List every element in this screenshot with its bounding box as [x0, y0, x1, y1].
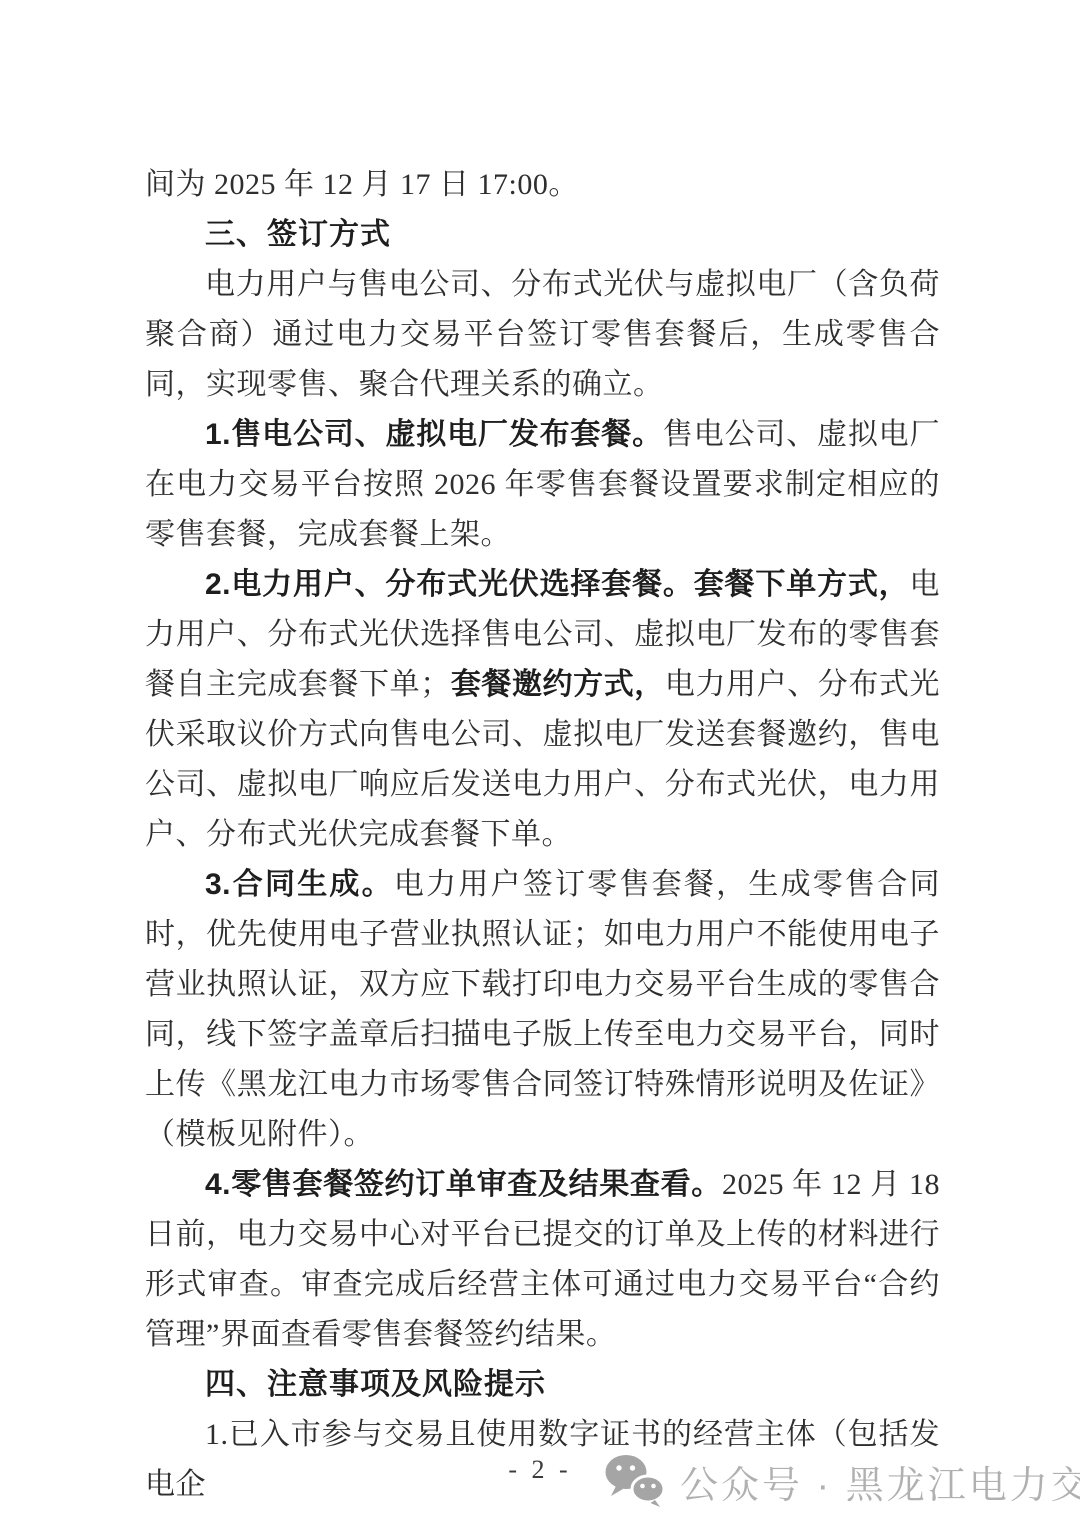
bold-text-segment: 3.合同生成。: [205, 868, 394, 901]
wechat-watermark: 公众号 · 黑龙江电力交易中心: [604, 1453, 1080, 1509]
paragraph: 2.电力用户、分布式光伏选择套餐。套餐下单方式，电力用户、分布式光伏选择售电公司…: [145, 560, 940, 860]
document-page: 间为 2025 年 12 月 17 日 17:00。三、签订方式电力用户与售电公…: [0, 0, 1080, 1527]
bold-text-segment: 1.售电公司、虚拟电厂发布套餐。: [205, 418, 663, 451]
page-footer: - 2 - 公众号 · 黑龙江电力交易中心: [0, 1447, 1080, 1527]
bold-text-segment: 三、签订方式: [205, 218, 391, 251]
section-heading: 三、签订方式: [145, 210, 940, 260]
text-segment: 间为 2025 年 12 月 17 日 17:00。: [145, 168, 579, 201]
paragraph: 1.售电公司、虚拟电厂发布套餐。售电公司、虚拟电厂在电力交易平台按照 2026 …: [145, 410, 940, 560]
bold-text-segment: 四、注意事项及风险提示: [205, 1368, 546, 1401]
paragraph: 3.合同生成。电力用户签订零售套餐，生成零售合同时，优先使用电子营业执照认证；如…: [145, 860, 940, 1160]
text-segment: 电力用户与售电公司、分布式光伏与虚拟电厂（含负荷聚合商）通过电力交易平台签订零售…: [145, 268, 940, 401]
wechat-icon: [604, 1453, 666, 1509]
paragraph: 4.零售套餐签约订单审查及结果查看。2025 年 12 月 18 日前，电力交易…: [145, 1160, 940, 1360]
document-text: 间为 2025 年 12 月 17 日 17:00。三、签订方式电力用户与售电公…: [145, 160, 940, 1510]
section-heading: 四、注意事项及风险提示: [145, 1360, 940, 1410]
watermark-text: 公众号 · 黑龙江电力交易中心: [680, 1454, 1080, 1509]
paragraph: 电力用户与售电公司、分布式光伏与虚拟电厂（含负荷聚合商）通过电力交易平台签订零售…: [145, 260, 940, 410]
text-segment: 电力用户签订零售套餐，生成零售合同时，优先使用电子营业执照认证；如电力用户不能使…: [145, 868, 940, 1151]
bold-text-segment: 4.零售套餐签约订单审查及结果查看。: [205, 1168, 722, 1201]
bold-text-segment: 2.电力用户、分布式光伏选择套餐。套餐下单方式，: [205, 568, 910, 601]
bold-text-segment: 套餐邀约方式，: [451, 668, 665, 701]
paragraph: 间为 2025 年 12 月 17 日 17:00。: [145, 160, 940, 210]
